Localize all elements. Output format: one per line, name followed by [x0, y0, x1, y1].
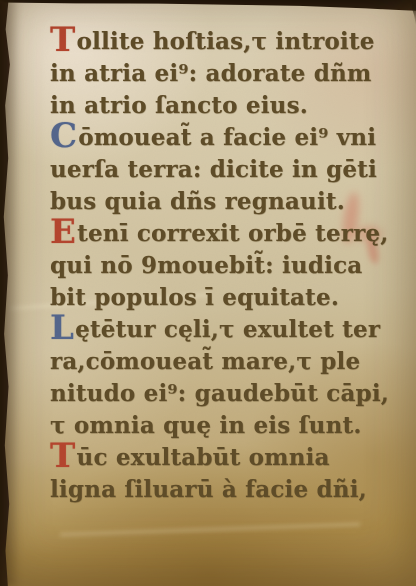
line-text: tenī correxit orbē terrę,: [77, 220, 388, 247]
text-line: Tūc exultabūt omnia: [50, 442, 410, 474]
text-line: τ omnia quę in eis ſunt.: [50, 410, 410, 442]
line-text: ra,cōmoueat̃ mare,τ ple: [50, 348, 360, 375]
text-line: uerſa terra: dicite in gēti: [50, 154, 410, 186]
line-text: ūc exultabūt omnia: [77, 444, 330, 471]
line-text: ōmoueat̃ a facie ei⁹ vni: [78, 124, 376, 151]
text-line: ligna ſiluarū à facie dñi,: [50, 474, 410, 506]
text-line: ra,cōmoueat̃ mare,τ ple: [50, 346, 410, 378]
line-text: in atrio ſancto eius.: [50, 92, 308, 119]
line-text: ligna ſiluarū à facie dñi,: [50, 476, 367, 503]
text-line: Lętētur cęli,τ exultet ter: [50, 314, 410, 346]
text-line: Tollite hoſtias,τ introite: [50, 26, 410, 58]
text-line: bit populos ī equitate.: [50, 282, 410, 314]
text-line: nitudo ei⁹: gaudebūt cāpi,: [50, 378, 410, 410]
line-text: in atria ei⁹: adorate dñm: [50, 60, 371, 87]
line-text: ętētur cęli,τ exultet ter: [75, 316, 380, 343]
manuscript-leaf-photo: Tollite hoſtias,τ introite in atria ei⁹:…: [0, 0, 416, 586]
text-line: Cōmoueat̃ a facie ei⁹ vni: [50, 122, 410, 154]
text-line: Etenī correxit orbē terrę,: [50, 218, 410, 250]
text-line: in atria ei⁹: adorate dñm: [50, 58, 410, 90]
line-text: bus quia dñs regnauit.: [50, 188, 345, 215]
line-text: τ omnia quę in eis ſunt.: [50, 412, 362, 439]
text-line: bus quia dñs regnauit.: [50, 186, 410, 218]
line-text: bit populos ī equitate.: [50, 284, 339, 311]
line-text: qui nō 9mouebit̃: iudica: [50, 252, 362, 279]
line-text: uerſa terra: dicite in gēti: [50, 156, 377, 183]
line-text: ollite hoſtias,τ introite: [77, 28, 375, 55]
text-line: in atrio ſancto eius.: [50, 90, 410, 122]
text-line: qui nō 9mouebit̃: iudica: [50, 250, 410, 282]
psalm-text-block: Tollite hoſtias,τ introite in atria ei⁹:…: [50, 26, 410, 506]
line-text: nitudo ei⁹: gaudebūt cāpi,: [50, 380, 389, 407]
